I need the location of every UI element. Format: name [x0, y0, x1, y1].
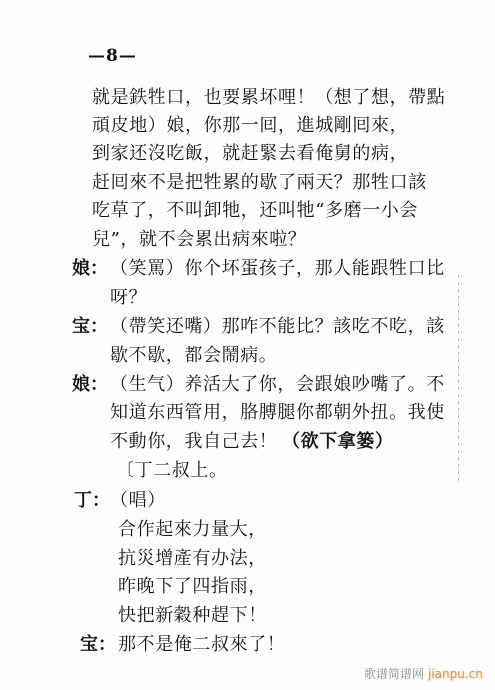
page-number: —8— — [88, 46, 137, 66]
text-line: 吃草了，不叫卸牠，还叫牠“多磨一小会 — [92, 200, 418, 222]
stage-entry: 〔丁二叔上。 — [116, 460, 228, 482]
song-verse: 快把新穀种趕下！ — [118, 605, 267, 627]
watermark-url: jianpu.cn — [428, 667, 483, 681]
speaker-label: 宝： — [72, 316, 108, 338]
text-line: 頑皮地）娘，你那一囘，進城剛囘來， — [92, 115, 408, 137]
watermark-chinese: 歌谱简谱网 — [364, 667, 424, 681]
song-direction: （唱） — [110, 490, 166, 512]
scanned-page: —8— 就是鉄牲口，也要累坏哩！（想了想，帶點 頑皮地）娘，你那一囘，進城剛囘來… — [0, 0, 495, 690]
text-line: 兒”，就不会累出病來啦？ — [92, 229, 306, 251]
dialogue-line: 那不是俺二叔來了！ — [118, 634, 285, 656]
dialogue-line: （帶笑还嘴）那咋不能比？該吃不吃，該 — [110, 316, 445, 338]
dialogue-line: 不動你，我自己去！ — [110, 431, 277, 453]
stage-direction: （欲下拿篓） — [282, 431, 394, 453]
dialogue-line: 知道东西管用，胳膊腿你都朝外扭。我使 — [110, 402, 445, 424]
scan-edge-artifact — [458, 275, 459, 485]
song-verse: 抗災增產有办法， — [118, 548, 267, 570]
dialogue-line: （笑罵）你个坏蛋孩子，那人能跟牲口比 — [110, 258, 445, 280]
dialogue-line: 歇不歇，都会鬧病。 — [110, 345, 277, 367]
text-line: 到家还沒吃飯，就赶緊去看俺舅的病， — [92, 143, 408, 165]
watermark: 歌谱简谱网jianpu.cn — [364, 665, 483, 682]
text-line: 赶囘來不是把牲累的歇了兩天？那牲口該 — [92, 172, 427, 194]
dialogue-line: （生气）养活大了你，会跟娘吵嘴了。不 — [110, 374, 445, 396]
speaker-label: 宝： — [80, 634, 116, 656]
song-verse: 合作起來力量大， — [118, 519, 267, 541]
dialogue-line: 呀？ — [110, 287, 147, 309]
speaker-label: 娘： — [72, 258, 108, 280]
speaker-label: 娘： — [72, 374, 108, 396]
song-verse: 昨晚下了四指雨， — [118, 576, 267, 598]
speaker-label: 丁： — [74, 490, 110, 512]
text-line: 就是鉄牲口，也要累坏哩！（想了想，帶點 — [92, 87, 445, 109]
